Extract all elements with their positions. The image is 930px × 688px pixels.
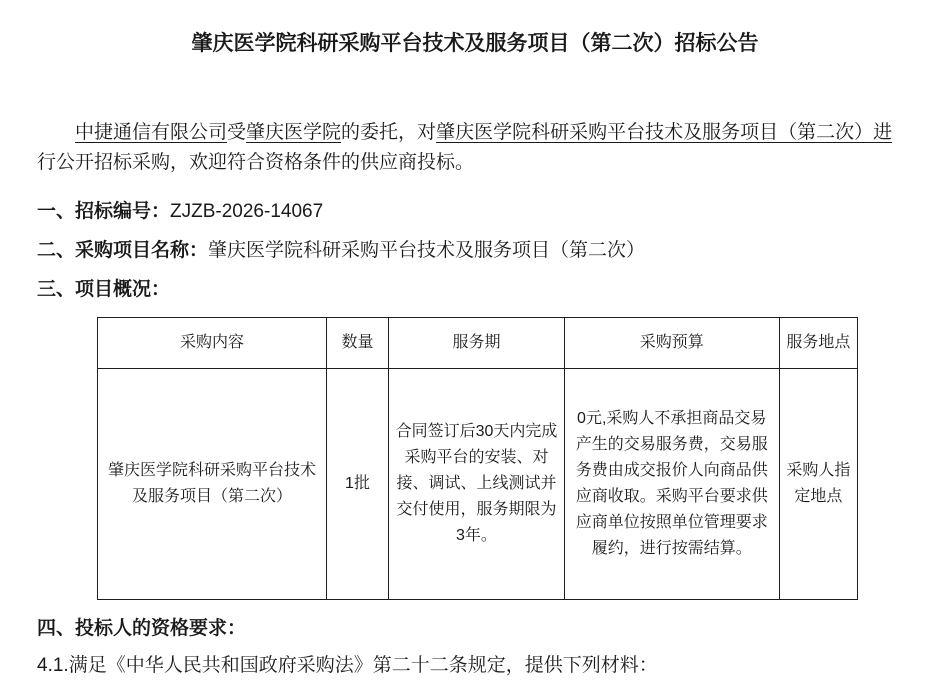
cell-budget: 0元,采购人不承担商品交易产生的交易服务费，交易服务费由成交报价人向商品供应商收…	[564, 369, 779, 600]
intro-text: 行公开招标采购，欢迎符合资格条件的供应商投标。	[37, 152, 474, 173]
project-overview-label: 三、项目概况：	[37, 279, 170, 300]
table-header-row: 采购内容 数量 服务期 采购预算 服务地点	[98, 318, 858, 369]
clause-text: 满足《中华人民共和国政府采购法》第二十二条规定，提供下列材料：	[69, 655, 658, 676]
project-name-underlined: 肇庆医学院科研采购平台技术及服务项目（第二次）进	[436, 122, 892, 143]
header-service-location: 服务地点	[779, 318, 857, 369]
table-row: 肇庆医学院科研采购平台技术及服务项目（第二次） 1批 合同签订后30天内完成采购…	[98, 369, 858, 600]
agent-company-name: 中捷通信有限公司	[75, 122, 227, 143]
document-page: 肇庆医学院科研采购平台技术及服务项目（第二次）招标公告 中捷通信有限公司受肇庆医…	[0, 0, 930, 688]
section-project-overview: 三、项目概况：	[37, 277, 913, 303]
clause-4-1: 4.1.满足《中华人民共和国政府采购法》第二十二条规定，提供下列材料：	[37, 653, 913, 679]
header-service-period: 服务期	[389, 318, 565, 369]
cell-quantity: 1批	[326, 369, 388, 600]
page-title: 肇庆医学院科研采购平台技术及服务项目（第二次）招标公告	[37, 31, 913, 57]
section-project-name: 二、采购项目名称：肇庆医学院科研采购平台技术及服务项目（第二次）	[37, 238, 913, 264]
section-bidder-qualifications: 四、投标人的资格要求：	[37, 616, 913, 642]
section-tender-number: 一、招标编号：ZJZB-2026-14067	[37, 199, 913, 225]
project-name-label: 二、采购项目名称：	[37, 240, 208, 261]
header-budget: 采购预算	[564, 318, 779, 369]
cell-service-location: 采购人指定地点	[779, 369, 857, 600]
project-name-value: 肇庆医学院科研采购平台技术及服务项目（第二次）	[208, 240, 645, 261]
clause-number: 4.1.	[37, 655, 69, 676]
header-quantity: 数量	[326, 318, 388, 369]
bidder-qualifications-label: 四、投标人的资格要求：	[37, 618, 246, 639]
intro-text: 的委托，对	[341, 122, 436, 143]
tender-number-value: ZJZB-2026-14067	[170, 201, 323, 222]
header-procurement-content: 采购内容	[98, 318, 327, 369]
cell-service-period: 合同签订后30天内完成采购平台的安装、对接、调试、上线测试并交付使用，服务期限为…	[389, 369, 565, 600]
purchaser-name: 肇庆医学院	[246, 122, 341, 143]
project-overview-table: 采购内容 数量 服务期 采购预算 服务地点 肇庆医学院科研采购平台技术及服务项目…	[97, 317, 858, 600]
cell-procurement-content: 肇庆医学院科研采购平台技术及服务项目（第二次）	[98, 369, 327, 600]
tender-number-label: 一、招标编号：	[37, 201, 170, 222]
intro-text: 受	[227, 122, 246, 143]
intro-paragraph: 中捷通信有限公司受肇庆医学院的委托，对肇庆医学院科研采购平台技术及服务项目（第二…	[37, 118, 913, 178]
